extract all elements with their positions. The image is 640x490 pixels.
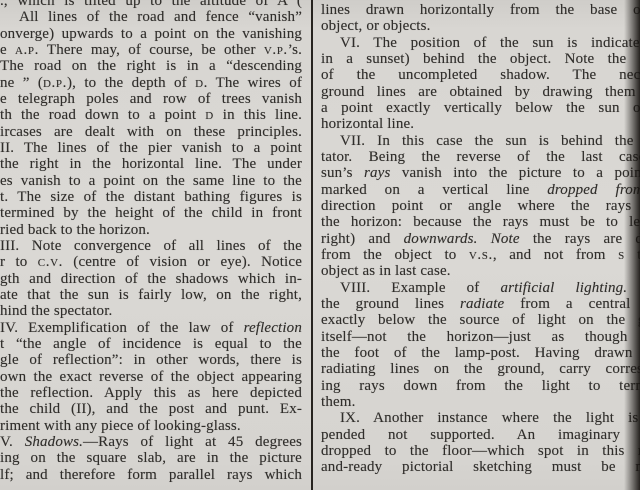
text-segment: from a central poi [504, 296, 640, 312]
text-segment: IV. Exemplification of the law of [0, 320, 244, 336]
text-segment: ., which is tilted up to the altitude of… [0, 0, 302, 9]
text-line: II. The lines of the pier vanish to a po… [0, 140, 302, 156]
text-segment: VI. The position of the sun is indicated… [340, 35, 640, 51]
text-segment: from the object to [321, 247, 469, 263]
text-segment: VIII. Example of [340, 280, 500, 296]
text-line: t “the angle of incidence is equal to th… [0, 336, 302, 352]
text-segment: in a sunset) behind the object. Note the… [321, 51, 640, 67]
text-line: e telegraph poles and row of trees vanis… [0, 91, 302, 107]
text-line: riment with any piece of looking-glass. [0, 418, 302, 434]
text-segment: and-ready pictorial sketching must be me… [321, 459, 640, 475]
text-line: pended not supported. An imaginary line [321, 427, 640, 443]
text-segment: ing rays down from the light to termina [321, 378, 640, 394]
text-segment: III. Note convergence of all lines of th… [0, 238, 302, 254]
text-segment: There may, of course, be other [39, 42, 264, 58]
text-line: All lines of the road and fence “vanish” [0, 9, 302, 25]
text-line: r to c.v. (centre of vision or eye). Not… [0, 254, 302, 270]
text-segment: tator. Being the reverse of the last cas… [321, 149, 640, 165]
text-segment: hind the spectator. [0, 303, 112, 319]
text-line: lf; and therefore form parallel rays whi… [0, 467, 302, 483]
text-segment: pended not supported. An imaginary line [321, 427, 640, 443]
text-line: es vanish to a point on the same line to… [0, 173, 302, 189]
text-segment: marked on a vertical line [321, 182, 547, 198]
text-segment: d [195, 75, 204, 91]
text-segment: lines drawn horizontally from the base o… [321, 2, 640, 18]
text-segment: ried back to the horizon. [0, 222, 150, 238]
text-line: the ground lines radiate from a central … [321, 296, 640, 312]
text-segment [478, 231, 491, 247]
text-line: the child (II), and the post and punt. E… [0, 401, 302, 417]
text-segment: the reflection. Apply this as here depic… [0, 385, 302, 401]
text-segment: , and not from [493, 247, 618, 263]
text-line: VII. In this case the sun is behind the … [321, 133, 640, 149]
text-line: ne ” (d.p.), to the depth of d. The wire… [0, 75, 302, 91]
text-segment: the child (II), and the post and punt. E… [0, 401, 302, 417]
text-segment: VII. In this case the sun is behind the … [340, 133, 640, 149]
text-segment: rays [364, 165, 390, 181]
text-line: ircases are dealt with on these principl… [0, 124, 302, 140]
text-segment: the foot of the lamp-post. Having drawn … [321, 345, 640, 361]
text-segment: All lines of the road and fence “vanish” [19, 9, 302, 25]
text-segment: ’s. [288, 42, 302, 58]
text-segment: He [627, 280, 640, 296]
text-line: VIII. Example of artificial lighting. He [321, 280, 640, 296]
text-line: from the object to v.s., and not from s … [321, 247, 640, 263]
text-segment: Shadows. [25, 434, 83, 450]
text-line: in a sunset) behind the object. Note the… [321, 51, 640, 67]
text-segment: ate that the sun is fairly low, on the r… [0, 287, 302, 303]
book-page: ., which is tilted up to the altitude of… [0, 0, 640, 490]
text-line: and-ready pictorial sketching must be me… [321, 459, 640, 475]
text-segment: onverge) upwards to a point on the vanis… [0, 26, 302, 42]
text-segment: . The wires of [204, 75, 302, 91]
text-line: th the road down to a point d in this li… [0, 107, 302, 123]
text-line: termined by the height of the child in f… [0, 205, 302, 221]
text-line: right) and downwards. Note the rays are … [321, 231, 640, 247]
text-segment: dropped from [547, 182, 640, 198]
text-segment: object, or objects. [321, 18, 430, 34]
text-line: VI. The position of the sun is indicated… [321, 35, 640, 51]
text-line: radiating lines on the ground, carry cor… [321, 361, 640, 377]
text-segment: gth and direction of the shadows which i… [0, 271, 302, 287]
text-line: a point exactly vertically below the sun… [321, 100, 640, 116]
text-segment: a.p. [15, 42, 39, 58]
text-line: ried back to the horizon. [0, 222, 302, 238]
text-segment: t. The size of the distant bathing figur… [0, 189, 302, 205]
text-line: marked on a vertical line dropped from t [321, 182, 640, 198]
text-segment: c.v. [38, 254, 63, 270]
text-line: ing rays down from the light to termina [321, 378, 640, 394]
text-segment: gle of reflection”: in other words, ther… [0, 352, 302, 368]
text-segment: V. [0, 434, 25, 450]
text-segment: e telegraph poles and row of trees vanis… [0, 91, 302, 107]
text-segment: of the uncompleted shadow. The necessa [321, 67, 640, 83]
text-segment: v.p. [264, 42, 288, 58]
text-segment: es vanish to a point on the same line to… [0, 173, 302, 189]
text-line: direction point or angle where the rays … [321, 198, 640, 214]
text-segment: e [0, 42, 15, 58]
text-line: of the uncompleted shadow. The necessa [321, 67, 640, 83]
text-segment: (centre of vision or eye). Notice [63, 254, 302, 270]
text-segment: itself—not the horizon—just as though fr… [321, 329, 640, 345]
text-segment: exactly below the source of light on the… [321, 312, 640, 328]
text-line: the foot of the lamp-post. Having drawn … [321, 345, 640, 361]
text-segment: radiating lines on the ground, carry cor… [321, 361, 640, 377]
text-line: III. Note convergence of all lines of th… [0, 238, 302, 254]
text-line: gle of reflection”: in other words, ther… [0, 352, 302, 368]
text-line: ., which is tilted up to the altitude of… [0, 0, 302, 9]
text-line: gth and direction of the shadows which i… [0, 271, 302, 287]
text-segment: d [205, 107, 214, 123]
text-line: them. [321, 394, 640, 410]
text-segment: in this line. [214, 107, 302, 123]
text-segment: horizontal line. [321, 116, 414, 132]
text-segment: ne ” ( [0, 75, 43, 91]
text-segment: own the exact reverse of the object appe… [0, 369, 302, 385]
text-line: IV. Exemplification of the law of reflec… [0, 320, 302, 336]
text-line: sun’s rays vanish into the picture to a … [321, 165, 640, 181]
text-line: e a.p. There may, of course, be other v.… [0, 42, 302, 58]
text-segment: radiate [460, 296, 504, 312]
text-segment: ), to the depth of [67, 75, 195, 91]
text-line: IX. Another instance where the light is … [321, 410, 640, 426]
text-segment: to t [625, 247, 640, 263]
text-line: The road on the right is in a “descendin… [0, 58, 302, 74]
text-segment: them. [321, 394, 356, 410]
text-segment: downwards. [404, 231, 478, 247]
text-line: the reflection. Apply this as here depic… [0, 385, 302, 401]
text-line: object, or objects. [321, 18, 640, 34]
column-divider [311, 0, 313, 490]
text-segment: the rays are draw [520, 231, 640, 247]
text-segment: direction point or angle where the rays … [321, 198, 640, 214]
text-line: ing on the square slab, are in the pictu… [0, 450, 302, 466]
text-line: the right in the horizontal line. The un… [0, 156, 302, 172]
text-segment: vanish into the picture to a point [390, 165, 640, 181]
text-line: own the exact reverse of the object appe… [0, 369, 302, 385]
text-line: tator. Being the reverse of the last cas… [321, 149, 640, 165]
text-segment: ground lines are obtained by drawing the… [321, 84, 640, 100]
text-segment: artificial lighting. [500, 280, 627, 296]
text-line: the horizon: because the rays must be to… [321, 214, 640, 230]
left-column: ., which is tilted up to the altitude of… [0, 0, 302, 490]
text-segment: ircases are dealt with on these principl… [0, 124, 302, 140]
text-segment: Note [491, 231, 520, 247]
text-line: horizontal line. [321, 116, 640, 132]
text-segment: th the road down to a point [0, 107, 205, 123]
text-segment: object as in last case. [321, 263, 451, 279]
text-line: onverge) upwards to a point on the vanis… [0, 26, 302, 42]
text-line: exactly below the source of light on the… [321, 312, 640, 328]
text-line: lines drawn horizontally from the base o… [321, 2, 640, 18]
text-segment: II. The lines of the pier vanish to a po… [0, 140, 302, 156]
text-segment: r to [0, 254, 38, 270]
text-line: ground lines are obtained by drawing the… [321, 84, 640, 100]
text-line: hind the spectator. [0, 303, 302, 319]
text-segment: right) and [321, 231, 404, 247]
text-segment: the ground lines [321, 296, 460, 312]
text-line: t. The size of the distant bathing figur… [0, 189, 302, 205]
text-segment: riment with any piece of looking-glass. [0, 418, 241, 434]
text-segment: termined by the height of the child in f… [0, 205, 302, 221]
text-segment: —Rays of light at 45 degrees [83, 434, 302, 450]
text-line: dropped to the floor—which spot in this … [321, 443, 640, 459]
text-segment: the right in the horizontal line. The un… [0, 156, 302, 172]
text-segment: the horizon: because the rays must be to… [321, 214, 640, 230]
text-segment: lf; and therefore form parallel rays whi… [0, 467, 302, 483]
text-line: ate that the sun is fairly low, on the r… [0, 287, 302, 303]
text-line: itself—not the horizon—just as though fr… [321, 329, 640, 345]
text-segment: t “the angle of incidence is equal to th… [0, 336, 302, 352]
text-segment: v.s. [469, 247, 493, 263]
text-segment: The road on the right is in a “descendin… [0, 58, 302, 74]
text-segment: IX. Another instance where the light is … [340, 410, 640, 426]
text-segment: dropped to the floor—which spot in this … [321, 443, 640, 459]
text-line: object as in last case. [321, 263, 640, 279]
text-segment: sun’s [321, 165, 364, 181]
text-segment: reflection [244, 320, 302, 336]
text-segment: a point exactly vertically below the sun… [321, 100, 640, 116]
text-segment: d.p. [43, 75, 67, 91]
text-segment: s [618, 247, 625, 263]
text-segment: ing on the square slab, are in the pictu… [0, 450, 302, 466]
right-column: lines drawn horizontally from the base o… [321, 2, 640, 490]
text-line: V. Shadows.—Rays of light at 45 degrees [0, 434, 302, 450]
